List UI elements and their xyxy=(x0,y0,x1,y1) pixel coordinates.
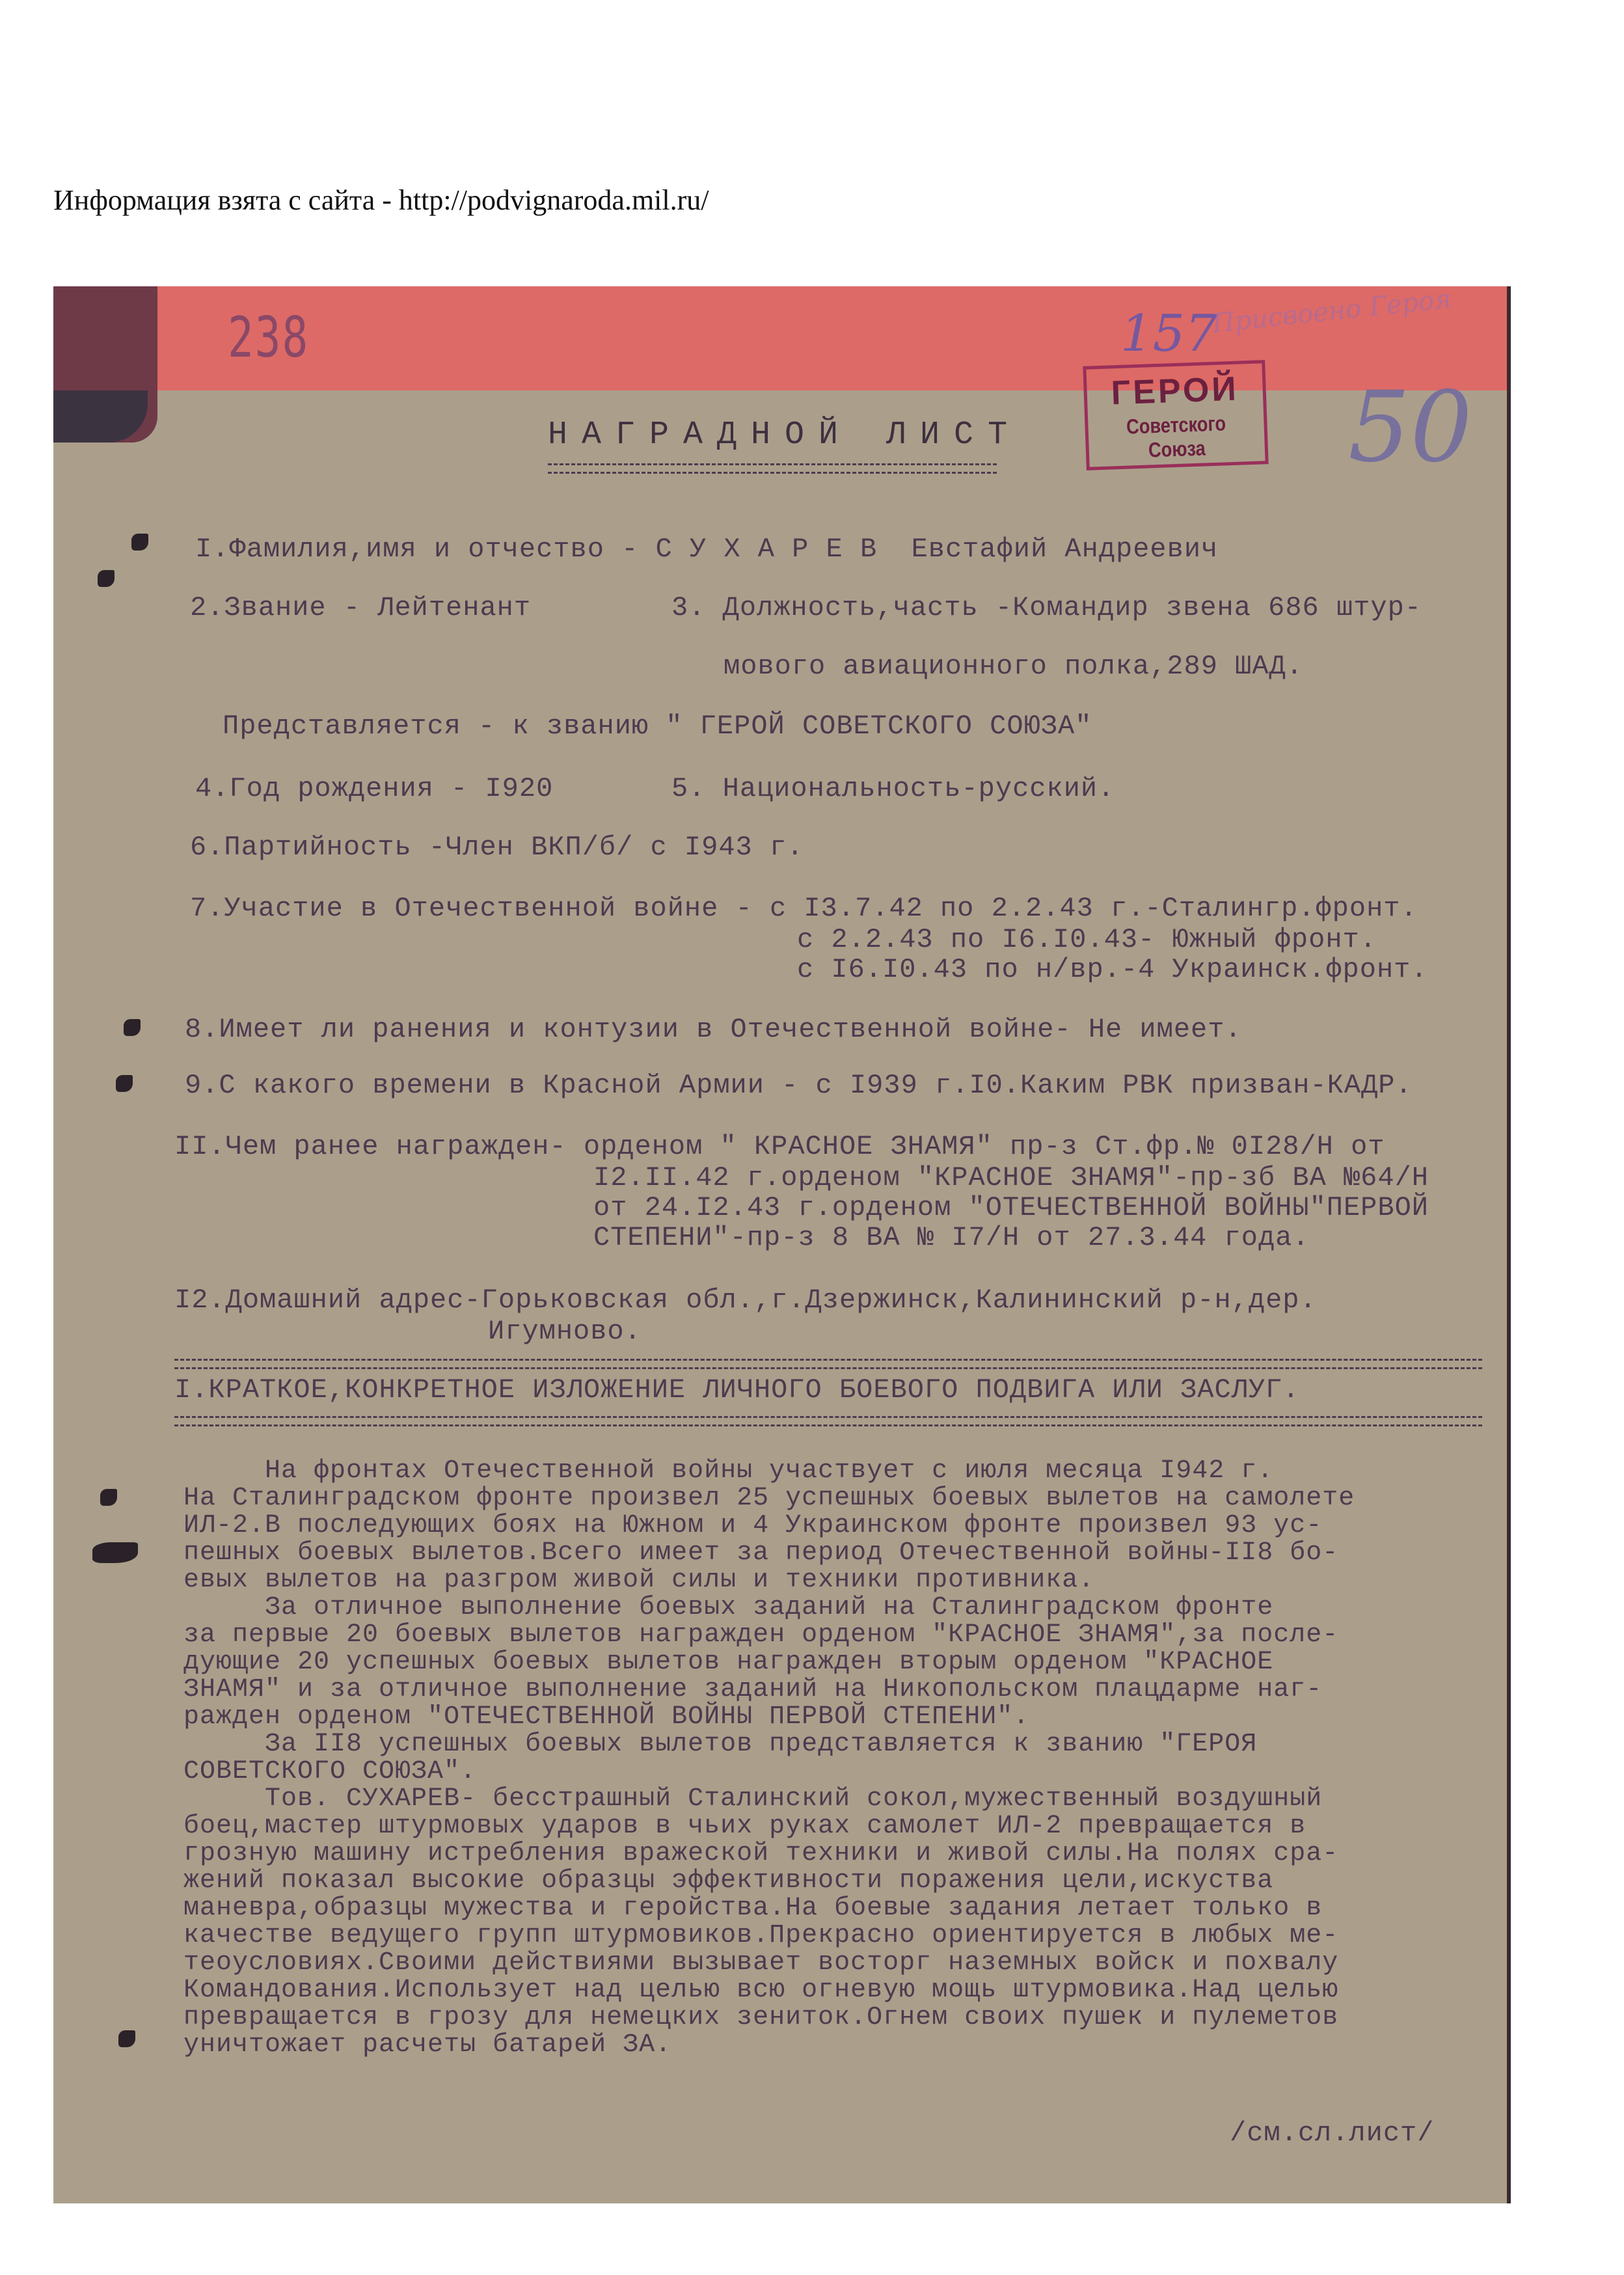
field-war-participation-3: с I6.I0.43 по н/вр.-4 Украинск.фронт. xyxy=(797,954,1428,985)
stamp-line-2: Советского Союза xyxy=(1101,411,1252,464)
narrative-line: жений показал высокие образцы эффективно… xyxy=(183,1868,1355,1895)
hero-stamp: ГЕРОЙ Советского Союза xyxy=(1083,360,1268,470)
handwritten-number: 157 xyxy=(1120,305,1217,363)
narrative-line: На фронтах Отечественной войны участвует… xyxy=(183,1458,1355,1485)
narrative-line: ИЛ-2.В последующих боях на Южном и 4 Укр… xyxy=(183,1512,1355,1540)
field-home-address: I2.Домашний адрес-Горьковская обл.,г.Дзе… xyxy=(174,1285,1317,1316)
punch-mark xyxy=(98,570,115,587)
narrative-line: за первые 20 боевых вылетов награжден ор… xyxy=(183,1622,1355,1649)
narrative-line: На Сталинградском фронте произвел 25 усп… xyxy=(183,1485,1355,1512)
field-party: 6.Партийность -Член ВКП/б/ с I943 г. xyxy=(190,832,804,863)
punch-mark xyxy=(118,2030,135,2047)
field-wounds: 8.Имеет ли ранения и контузии в Отечеств… xyxy=(185,1014,1242,1045)
narrative-line: дующие 20 успешных боевых вылетов награж… xyxy=(183,1649,1355,1676)
field-home-address-2: Игумново. xyxy=(488,1316,642,1347)
field-rank: 2.Звание - Лейтенант xyxy=(190,592,531,623)
title-underline xyxy=(548,463,997,474)
field-prior-awards-3: от 24.I2.43 г.орденом "ОТЕЧЕСТВЕННОЙ ВОЙ… xyxy=(593,1192,1429,1223)
punch-mark xyxy=(131,534,148,551)
narrative-line: За отличное выполнение боевых заданий на… xyxy=(183,1594,1355,1622)
field-prior-awards: II.Чем ранее награжден- орденом " КРАСНО… xyxy=(174,1131,1385,1162)
narrative-line: Командования.Использует над целью всю ог… xyxy=(183,1977,1355,2004)
field-war-participation: 7.Участие в Отечественной войне - с I3.7… xyxy=(190,893,1418,924)
narrative-line: ЗНАМЯ" и за отличное выполнение заданий … xyxy=(183,1676,1355,1704)
field-birth-year: 4.Год рождения - I920 xyxy=(195,773,553,804)
field-prior-awards-4: СТЕПЕНИ"-пр-з 8 ВА № I7/Н от 27.3.44 год… xyxy=(593,1222,1310,1253)
punch-mark xyxy=(124,1019,141,1036)
handwritten-mark: 50 xyxy=(1348,371,1472,484)
field-war-participation-2: с 2.2.43 по I6.I0.43- Южный фронт. xyxy=(797,924,1377,955)
award-sheet: 238 157 Присвоено Героя 50 ГЕРОЙ Советск… xyxy=(53,286,1511,2203)
narrative-line: качестве ведущего групп штурмовиков.Прек… xyxy=(183,1922,1355,1950)
continued-note: /см.сл.лист/ xyxy=(1230,2118,1434,2149)
field-position-cont: мового авиационного полка,289 ШАД. xyxy=(724,651,1303,682)
field-service-since: 9.С какого времени в Красной Армии - с I… xyxy=(185,1070,1413,1101)
document-title: НАГРАДНОЙ ЛИСТ xyxy=(548,416,1022,454)
narrative-line: уничтожает расчеты батарей ЗА. xyxy=(183,2032,1355,2059)
narrative-line: теоусловиях.Своими действиями вызывает в… xyxy=(183,1950,1355,1977)
stamp-line-1: ГЕРОЙ xyxy=(1087,368,1264,413)
narrative-line: Тов. СУХАРЕВ- бесстрашный Сталинский сок… xyxy=(183,1786,1355,1813)
narrative-line: боец,мастер штурмовых ударов в чьих рука… xyxy=(183,1813,1355,1840)
punch-mark xyxy=(116,1075,133,1092)
narrative-line: грозную машину истребления вражеской тех… xyxy=(183,1840,1355,1868)
narrative: На фронтах Отечественной войны участвует… xyxy=(183,1458,1355,2059)
section-title: I.КРАТКОЕ,КОНКРЕТНОЕ ИЗЛОЖЕНИЕ ЛИЧНОГО Б… xyxy=(174,1374,1299,1406)
section-rule-top xyxy=(174,1359,1482,1369)
narrative-line: превращается в грозу для немецких зенито… xyxy=(183,2004,1355,2032)
archive-page-number: 238 xyxy=(228,305,309,370)
punch-mark xyxy=(100,1489,117,1506)
narrative-line: За II8 успешных боевых вылетов представл… xyxy=(183,1731,1355,1758)
narrative-line: маневра,образцы мужества и геройства.На … xyxy=(183,1895,1355,1922)
source-note: Информация взята с сайта - http://podvig… xyxy=(53,184,709,217)
section-rule-bottom xyxy=(174,1416,1482,1426)
punch-mark xyxy=(92,1542,138,1563)
field-nominated-for: Представляется - к званию " ГЕРОЙ СОВЕТС… xyxy=(223,711,1092,742)
field-position: 3. Должность,часть -Командир звена 686 ш… xyxy=(671,592,1422,623)
field-prior-awards-2: I2.II.42 г.орденом "КРАСНОЕ ЗНАМЯ"-пр-зб… xyxy=(593,1162,1429,1193)
narrative-line: евых вылетов на разгром живой силы и тех… xyxy=(183,1567,1355,1594)
narrative-line: пешных боевых вылетов.Всего имеет за пер… xyxy=(183,1540,1355,1567)
narrative-line: ражден орденом "ОТЕЧЕСТВЕННОЙ ВОЙНЫ ПЕРВ… xyxy=(183,1704,1355,1731)
field-full-name: I.Фамилия,имя и отчество - С У Х А Р Е В… xyxy=(195,534,1218,565)
field-nationality: 5. Национальность-русский. xyxy=(671,773,1115,804)
narrative-line: СОВЕТСКОГО СОЮЗА". xyxy=(183,1758,1355,1786)
